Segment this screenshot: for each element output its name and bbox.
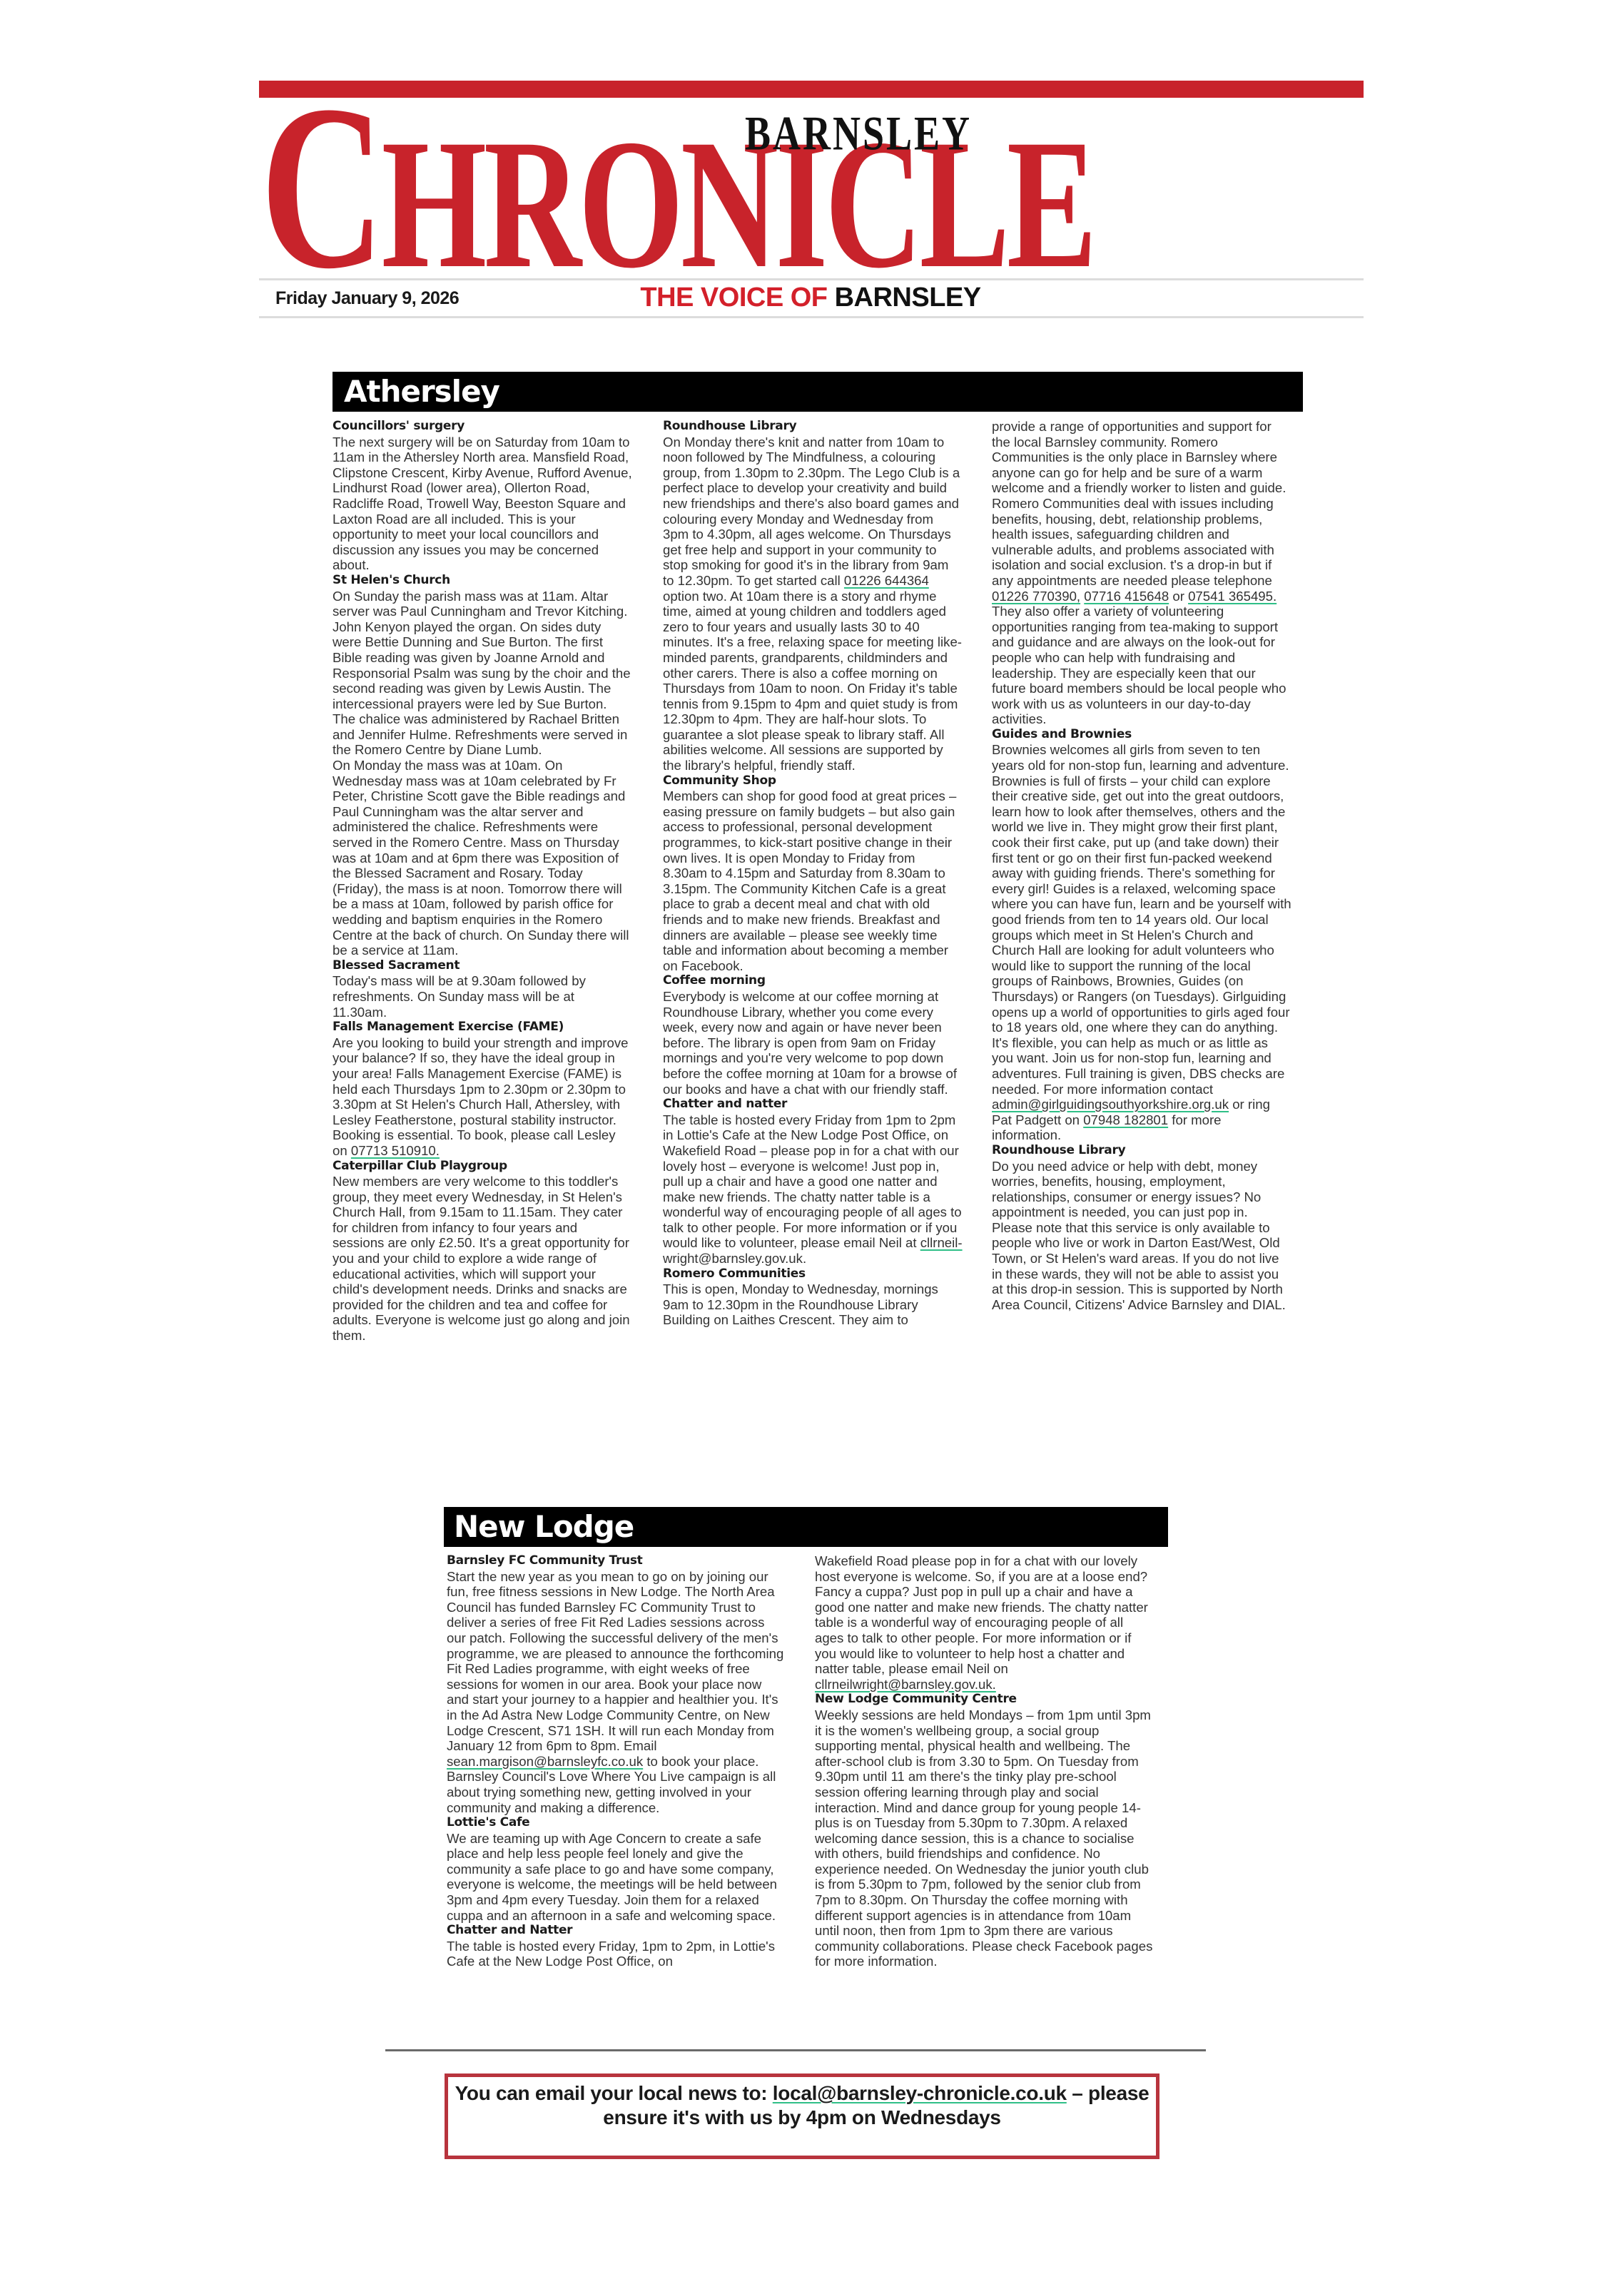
article-heading: Community Shop	[663, 773, 963, 789]
article-heading: Councillors' surgery	[333, 419, 632, 435]
article-body: Members can shop for good food at great …	[663, 788, 963, 973]
article-body: The table is hosted every Friday, 1pm to…	[447, 1939, 786, 1969]
article-body: The next surgery will be on Saturday fro…	[333, 435, 632, 573]
phone-link[interactable]: 01226 644364	[844, 573, 929, 588]
email-link[interactable]: admin@girlguidingsouthyorkshire.org.uk	[992, 1097, 1229, 1112]
article-body: On Monday there's knit and natter from 1…	[663, 435, 963, 773]
article-heading: Roundhouse Library	[663, 419, 963, 435]
article-body: Wakefield Road please pop in for a chat …	[815, 1553, 1154, 1692]
article-text: or	[1169, 589, 1188, 604]
phone-link[interactable]: 07713 510910.	[351, 1143, 440, 1158]
article-heading: Blessed Sacrament	[333, 958, 632, 974]
article-heading: Chatter and Natter	[447, 1923, 786, 1939]
article-body: The table is hosted every Friday from 1p…	[663, 1112, 963, 1267]
article-heading: Barnsley FC Community Trust	[447, 1553, 786, 1569]
masthead-barnsley: BARNSLEY	[0, 106, 1624, 161]
article-text: The table is hosted every Friday from 1p…	[663, 1112, 962, 1251]
masthead-divider-top	[259, 278, 1364, 280]
athersley-column-1: Councillors' surgery The next surgery wi…	[333, 419, 632, 1344]
article-text: option two. At 10am there is a story and…	[663, 589, 962, 773]
athersley-column-2: Roundhouse Library On Monday there's kni…	[663, 419, 963, 1328]
email-link[interactable]: cllrneilwright@barnsley.gov.uk.	[815, 1677, 996, 1692]
article-heading: Coffee morning	[663, 973, 963, 989]
email-link[interactable]: cllrneil-	[920, 1235, 963, 1250]
notice-text: You can email your local news to:	[455, 2082, 773, 2104]
phone-link[interactable]: 07948 182801	[1083, 1112, 1168, 1127]
article-body: provide a range of opportunities and sup…	[992, 419, 1291, 727]
tagline-black: BARNSLEY	[835, 283, 981, 313]
submission-notice: You can email your local news to: local@…	[445, 2073, 1159, 2159]
article-text: wright@barnsley.gov.uk.	[663, 1251, 806, 1266]
article-body: Are you looking to build your strength a…	[333, 1035, 632, 1159]
article-heading: Chatter and natter	[663, 1097, 963, 1112]
article-heading: Romero Communities	[663, 1267, 963, 1282]
new-lodge-column-1: Barnsley FC Community Trust Start the ne…	[447, 1553, 786, 1969]
article-heading: New Lodge Community Centre	[815, 1692, 1154, 1707]
article-body: Do you need advice or help with debt, mo…	[992, 1159, 1291, 1313]
article-heading: St Helen's Church	[333, 573, 632, 589]
footer-divider	[385, 2049, 1206, 2051]
email-link[interactable]: sean.margison@barnsleyfc.co.uk	[447, 1754, 643, 1769]
article-heading: Lottie's Cafe	[447, 1815, 786, 1831]
section-header-new-lodge: New Lodge	[444, 1507, 1168, 1547]
article-text: Brownies welcomes all girls from seven t…	[992, 742, 1291, 1096]
article-heading: Roundhouse Library	[992, 1143, 1291, 1159]
article-text: Wakefield Road please pop in for a chat …	[815, 1553, 1148, 1676]
article-text: Start the new year as you mean to go on …	[447, 1569, 783, 1754]
athersley-column-3: provide a range of opportunities and sup…	[992, 419, 1291, 1312]
section-header-athersley: Athersley	[333, 372, 1303, 412]
phone-link[interactable]: 07541 365495.	[1188, 589, 1277, 604]
article-body: We are teaming up with Age Concern to cr…	[447, 1831, 786, 1924]
article-body: Weekly sessions are held Mondays – from …	[815, 1707, 1154, 1969]
article-body: On Sunday the parish mass was at 11am. A…	[333, 589, 632, 758]
article-heading: Caterpillar Club Playgroup	[333, 1159, 632, 1174]
article-text: On Monday there's knit and natter from 1…	[663, 435, 960, 588]
article-body: Today's mass will be at 9.30am followed …	[333, 973, 632, 1020]
new-lodge-column-2: Wakefield Road please pop in for a chat …	[815, 1553, 1154, 1969]
article-body: Start the new year as you mean to go on …	[447, 1569, 786, 1816]
article-text: Are you looking to build your strength a…	[333, 1035, 628, 1158]
article-body: On Monday the mass was at 10am. On Wedne…	[333, 758, 632, 958]
article-body: Everybody is welcome at our coffee morni…	[663, 989, 963, 1097]
tagline-red: THE VOICE OF	[640, 283, 827, 313]
masthead-red-bar	[259, 81, 1364, 98]
article-text: They also offer a variety of volunteerin…	[992, 604, 1286, 726]
article-text: provide a range of opportunities and sup…	[992, 419, 1286, 588]
phone-link[interactable]: 01226 770390,	[992, 589, 1080, 604]
phone-link[interactable]: 07716 415648	[1084, 589, 1169, 604]
article-heading: Falls Management Exercise (FAME)	[333, 1020, 632, 1035]
submission-email-link[interactable]: local@barnsley-chronicle.co.uk	[773, 2082, 1067, 2104]
masthead-divider-bottom	[259, 316, 1364, 318]
article-body: New members are very welcome to this tod…	[333, 1174, 632, 1344]
article-body: Brownies welcomes all girls from seven t…	[992, 742, 1291, 1142]
article-body: This is open, Monday to Wednesday, morni…	[663, 1281, 963, 1328]
masthead-tagline: THE VOICE OF BARNSLEY	[382, 283, 1239, 313]
article-heading: Guides and Brownies	[992, 727, 1291, 743]
